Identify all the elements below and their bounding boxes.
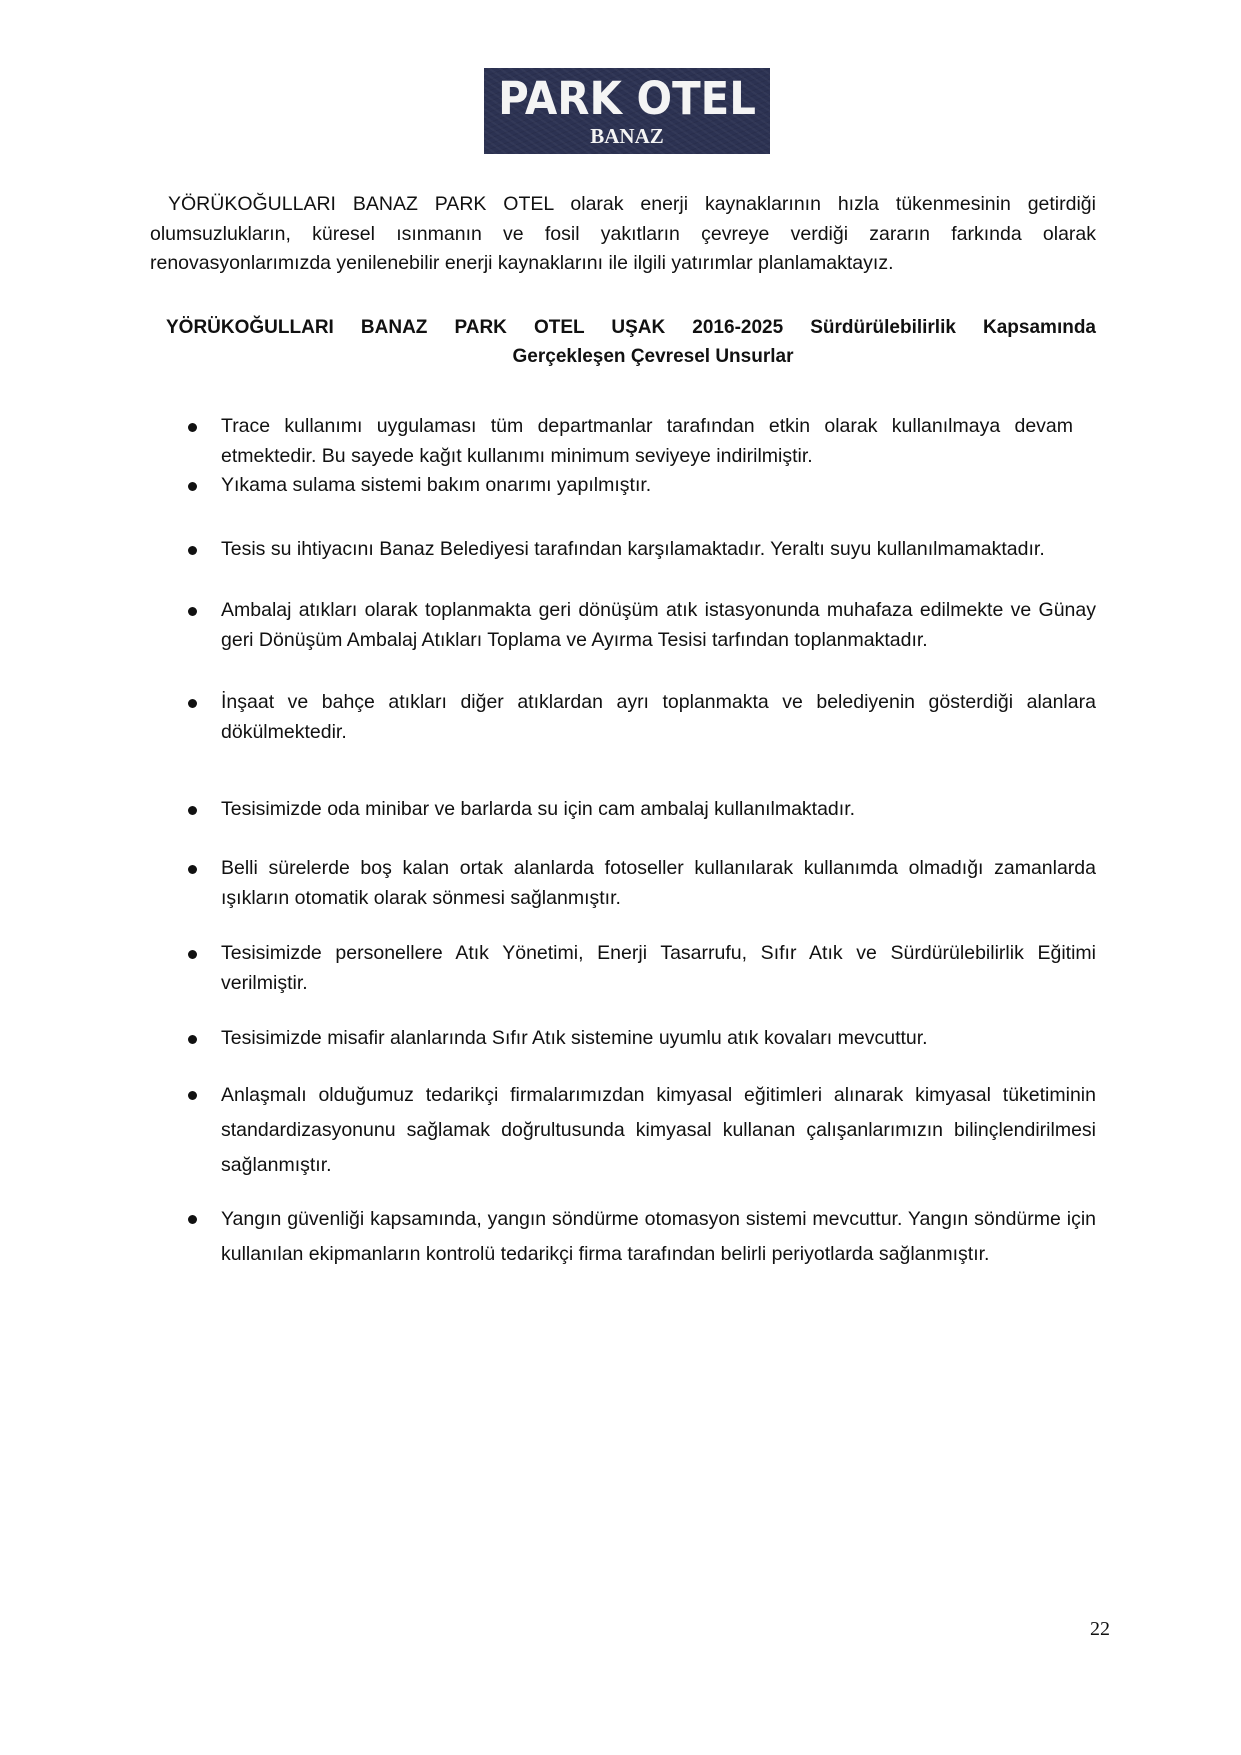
list-item-text: Tesis su ihtiyacını Banaz Belediyesi tar… bbox=[221, 535, 1096, 565]
bullet-icon bbox=[188, 423, 197, 432]
list-item: Trace kullanımı uygulaması tüm departman… bbox=[188, 412, 1073, 471]
section-title-line2: Gerçekleşen Çevresel Unsurlar bbox=[150, 342, 1096, 371]
list-item-text: İnşaat ve bahçe atıkları diğer atıklarda… bbox=[221, 688, 1096, 747]
bullet-icon bbox=[188, 1035, 197, 1044]
bullet-icon bbox=[188, 1091, 197, 1100]
list-item-text: Trace kullanımı uygulaması tüm departman… bbox=[221, 412, 1073, 471]
list-item: Yangın güvenliği kapsamında, yangın sönd… bbox=[188, 1202, 1096, 1272]
list-item-text: Ambalaj atıkları olarak toplanmakta geri… bbox=[221, 596, 1096, 655]
list-item: Tesisimizde misafir alanlarında Sıfır At… bbox=[188, 1024, 1096, 1054]
list-item: İnşaat ve bahçe atıkları diğer atıklarda… bbox=[188, 688, 1096, 747]
section-title: YÖRÜKOĞULLARI BANAZ PARK OTEL UŞAK 2016-… bbox=[150, 313, 1096, 371]
bullet-icon bbox=[188, 482, 197, 491]
list-item-text: Belli sürelerde boş kalan ortak alanlard… bbox=[221, 854, 1096, 913]
list-item: Tesisimizde oda minibar ve barlarda su i… bbox=[188, 795, 1096, 825]
list-item: Ambalaj atıkları olarak toplanmakta geri… bbox=[188, 596, 1096, 655]
list-item: Tesis su ihtiyacını Banaz Belediyesi tar… bbox=[188, 535, 1096, 565]
list-item: Belli sürelerde boş kalan ortak alanlard… bbox=[188, 854, 1096, 913]
list-item: Anlaşmalı olduğumuz tedarikçi firmalarım… bbox=[188, 1078, 1096, 1183]
list-item-text: Tesisimizde misafir alanlarında Sıfır At… bbox=[221, 1024, 1096, 1054]
bullet-icon bbox=[188, 950, 197, 959]
section-title-line1: YÖRÜKOĞULLARI BANAZ PARK OTEL UŞAK 2016-… bbox=[150, 313, 1096, 342]
bullet-icon bbox=[188, 546, 197, 555]
list-item: Yıkama sulama sistemi bakım onarımı yapı… bbox=[188, 471, 1073, 501]
list-item-text: Yangın güvenliği kapsamında, yangın sönd… bbox=[221, 1202, 1096, 1272]
page-number: 22 bbox=[1050, 1618, 1110, 1641]
bullet-icon bbox=[188, 865, 197, 874]
list-item-text: Tesisimizde oda minibar ve barlarda su i… bbox=[221, 795, 1096, 825]
hotel-logo: PARK OTEL BANAZ bbox=[484, 68, 770, 154]
logo-subtitle: BANAZ bbox=[484, 124, 770, 148]
bullet-icon bbox=[188, 806, 197, 815]
list-item: Tesisimizde personellere Atık Yönetimi, … bbox=[188, 939, 1096, 998]
logo-title: PARK OTEL bbox=[494, 74, 760, 124]
list-item-text: Anlaşmalı olduğumuz tedarikçi firmalarım… bbox=[221, 1078, 1096, 1183]
bullet-icon bbox=[188, 607, 197, 616]
bullet-icon bbox=[188, 699, 197, 708]
list-item-text: Yıkama sulama sistemi bakım onarımı yapı… bbox=[221, 471, 1073, 501]
bullet-icon bbox=[188, 1215, 197, 1224]
intro-paragraph: YÖRÜKOĞULLARI BANAZ PARK OTEL olarak ene… bbox=[150, 190, 1096, 279]
list-item-text: Tesisimizde personellere Atık Yönetimi, … bbox=[221, 939, 1096, 998]
